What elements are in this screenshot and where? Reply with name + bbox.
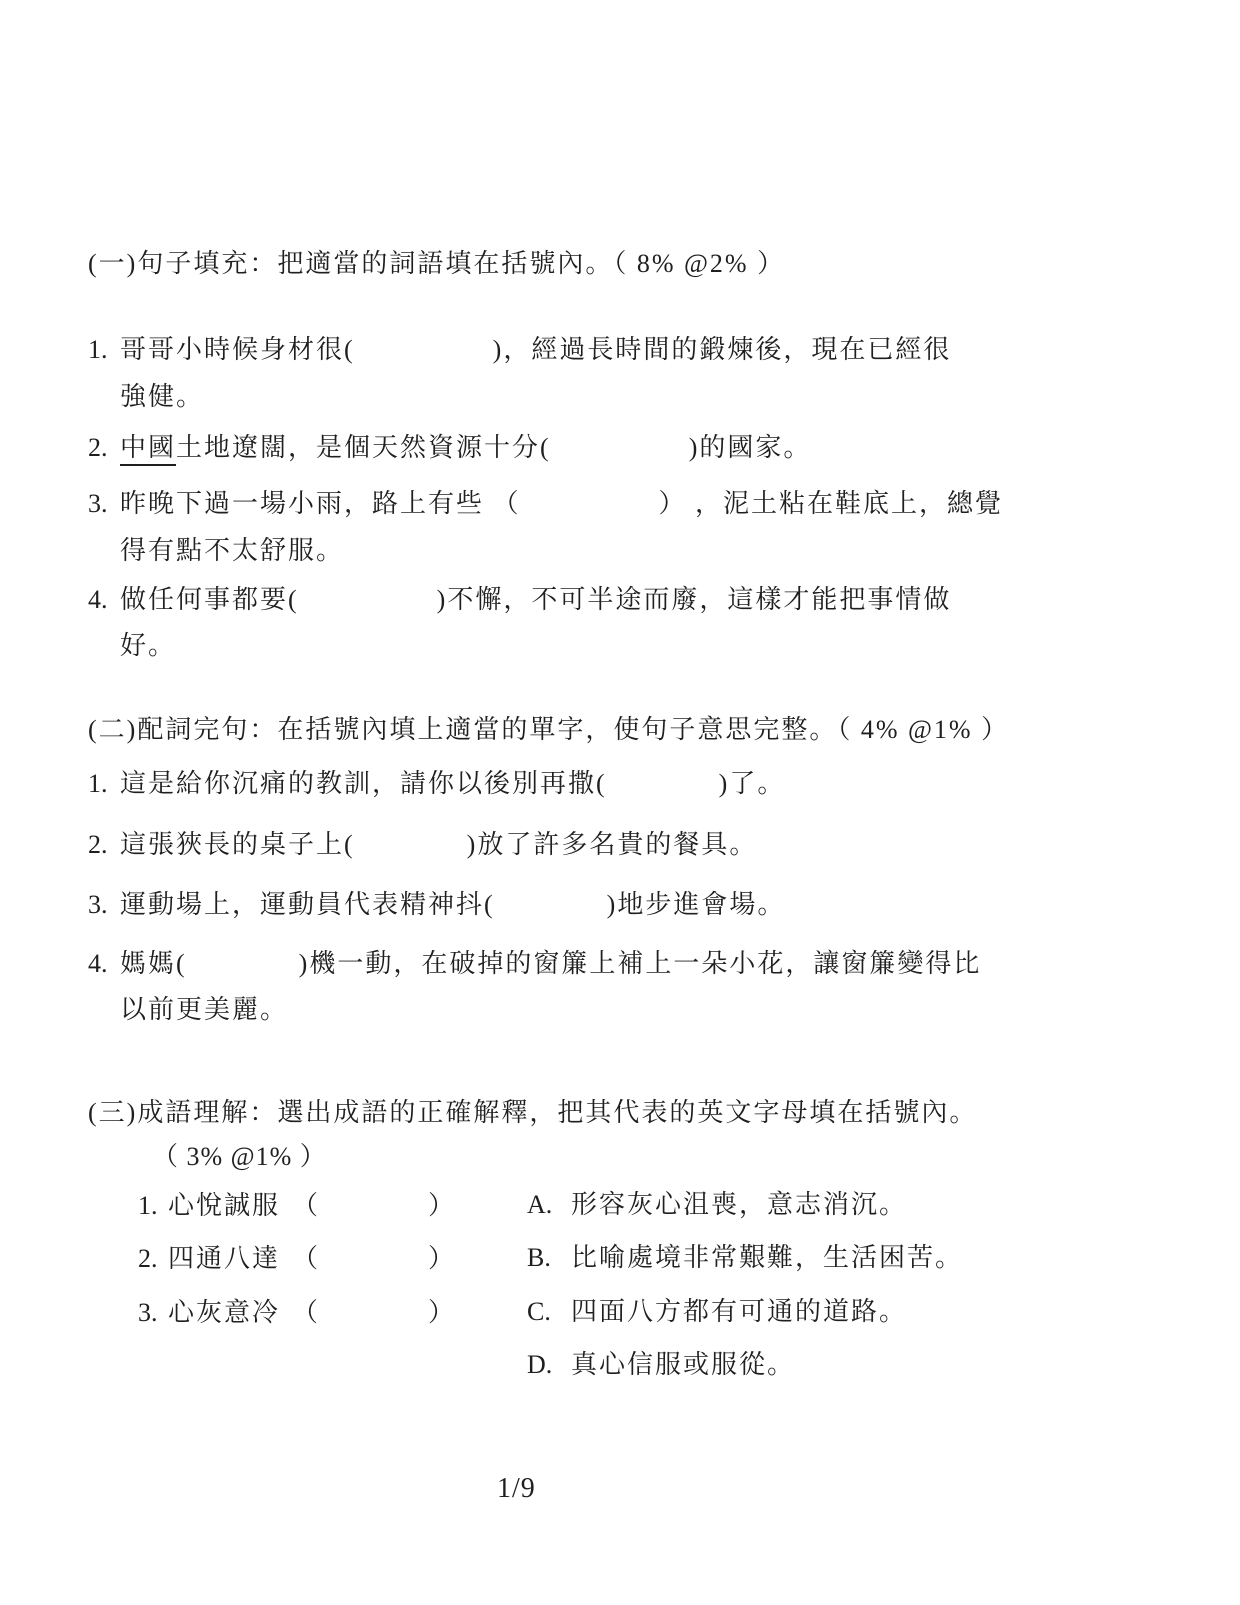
question-text-pre: 媽媽( xyxy=(120,949,187,978)
answer-blank xyxy=(320,1265,428,1267)
section-2-question-4-line-2: 以前更美麗。 xyxy=(120,994,288,1025)
question-number: 1. xyxy=(88,334,120,365)
answer-blank xyxy=(355,851,467,853)
answer-blank xyxy=(355,356,493,358)
option-letter: D. xyxy=(527,1349,571,1380)
question-number: 2. xyxy=(88,432,120,463)
question-number: 1. xyxy=(88,768,120,799)
question-text-post: )機一動，在破掉的窗簾上補上一朵小花，讓窗簾變得比 xyxy=(299,949,982,978)
idiom-number: 2. xyxy=(138,1243,168,1274)
option-letter: C. xyxy=(527,1296,571,1327)
option-text: 四面八方都有可通的道路。 xyxy=(571,1297,907,1326)
question-text-post: )不懈，不可半途而廢，這樣才能把事情做 xyxy=(437,585,952,614)
question-text-post: ） ，泥土粘在鞋底上，總覺 xyxy=(659,489,1004,518)
option-text: 真心信服或服從。 xyxy=(571,1350,795,1379)
idiom-text: 心悅誠服 xyxy=(168,1191,280,1220)
answer-blank xyxy=(299,606,437,608)
section-1-question-4-line-2: 好。 xyxy=(120,630,176,661)
option-text: 比喻處境非常艱難，生活困苦。 xyxy=(571,1243,963,1272)
answer-blank xyxy=(320,1319,428,1321)
question-number: 4. xyxy=(88,584,120,615)
section-1-question-2: 2.中國土地遼闊，是個天然資源十分()的國家。 xyxy=(88,432,811,463)
idiom-number: 3. xyxy=(138,1297,168,1328)
section-3-idiom-1: 1.心悅誠服（） xyxy=(138,1190,456,1221)
paren-close: ） xyxy=(428,1298,456,1327)
section-3-heading-marks: （ 3% @1% ） xyxy=(152,1141,327,1172)
section-2-heading: (二)配詞完句：在括號內填上適當的單字，使句子意思完整。（ 4% @1% ） xyxy=(88,714,1009,745)
question-number: 3. xyxy=(88,488,120,519)
question-number: 4. xyxy=(88,948,120,979)
page-number: 1/9 xyxy=(497,1472,536,1506)
option-letter: A. xyxy=(527,1189,571,1220)
idiom-text: 心灰意冷 xyxy=(168,1298,280,1327)
idiom-number: 1. xyxy=(138,1190,168,1221)
section-2-question-3: 3.運動場上，運動員代表精神抖()地步進會場。 xyxy=(88,889,785,920)
question-text-post: )的國家。 xyxy=(689,433,812,462)
answer-blank xyxy=(521,510,659,512)
answer-blank xyxy=(551,454,689,456)
paren-close: ） xyxy=(428,1244,456,1273)
section-3-heading: (三)成語理解：選出成語的正確解釋，把其代表的英文字母填在括號內。 xyxy=(88,1097,977,1128)
answer-blank xyxy=(607,790,719,792)
question-number: 3. xyxy=(88,889,120,920)
question-text-pre: 昨晚下過一場小雨，路上有些 （ xyxy=(120,489,521,518)
paren-open: （ xyxy=(292,1244,320,1273)
question-text-pre: 做任何事都要( xyxy=(120,585,299,614)
section-1-question-4-line-1: 4.做任何事都要()不懈，不可半途而廢，這樣才能把事情做 xyxy=(88,584,951,615)
answer-blank xyxy=(187,970,299,972)
section-3-idiom-3: 3.心灰意冷（） xyxy=(138,1297,456,1328)
section-1-question-3-line-2: 得有點不太舒服。 xyxy=(120,535,344,566)
section-3-option-a: A.形容灰心沮喪，意志消沉。 xyxy=(527,1189,907,1220)
question-text-pre: 這張狹長的桌子上( xyxy=(120,830,355,859)
question-number: 2. xyxy=(88,829,120,860)
idiom-text: 四通八達 xyxy=(168,1244,280,1273)
paren-close: ） xyxy=(428,1191,456,1220)
answer-blank xyxy=(495,911,607,913)
section-1-question-1-line-1: 1.哥哥小時候身材很()，經過長時間的鍛煉後，現在已經很 xyxy=(88,334,951,365)
section-2-question-1: 1.這是給你沉痛的教訓，請你以後別再撒()了。 xyxy=(88,768,785,799)
question-text-pre: 這是給你沉痛的教訓，請你以後別再撒( xyxy=(120,769,607,798)
option-text: 形容灰心沮喪，意志消沉。 xyxy=(571,1190,907,1219)
answer-blank xyxy=(320,1212,428,1214)
question-text-post: )放了許多名貴的餐具。 xyxy=(467,830,758,859)
section-3-idiom-2: 2.四通八達（） xyxy=(138,1243,456,1274)
section-1-heading: (一)句子填充：把適當的詞語填在括號內。（ 8% @2% ） xyxy=(88,248,785,279)
section-2-question-4-line-1: 4.媽媽()機一動，在破掉的窗簾上補上一朵小花，讓窗簾變得比 xyxy=(88,948,981,979)
question-text-pre: 運動場上，運動員代表精神抖( xyxy=(120,890,495,919)
question-text-post: )地步進會場。 xyxy=(607,890,786,919)
question-text-pre: 土地遼闊，是個天然資源十分( xyxy=(176,433,551,462)
option-letter: B. xyxy=(527,1242,571,1273)
exam-page: (一)句子填充：把適當的詞語填在括號內。（ 8% @2% ） 1.哥哥小時候身材… xyxy=(0,0,1240,1605)
section-2-question-2: 2.這張狹長的桌子上()放了許多名貴的餐具。 xyxy=(88,829,757,860)
question-text-post: )，經過長時間的鍛煉後，現在已經很 xyxy=(493,335,952,364)
section-1-question-3-line-1: 3.昨晚下過一場小雨，路上有些 （） ，泥土粘在鞋底上，總覺 xyxy=(88,488,1003,519)
paren-open: （ xyxy=(292,1298,320,1327)
section-3-option-b: B.比喻處境非常艱難，生活困苦。 xyxy=(527,1242,963,1273)
paren-open: （ xyxy=(292,1191,320,1220)
underlined-term: 中國 xyxy=(120,433,176,466)
question-text-pre: 哥哥小時候身材很( xyxy=(120,335,355,364)
section-3-option-d: D.真心信服或服從。 xyxy=(527,1349,795,1380)
section-3-option-c: C.四面八方都有可通的道路。 xyxy=(527,1296,907,1327)
section-1-question-1-line-2: 強健。 xyxy=(120,381,204,412)
question-text-post: )了。 xyxy=(719,769,786,798)
